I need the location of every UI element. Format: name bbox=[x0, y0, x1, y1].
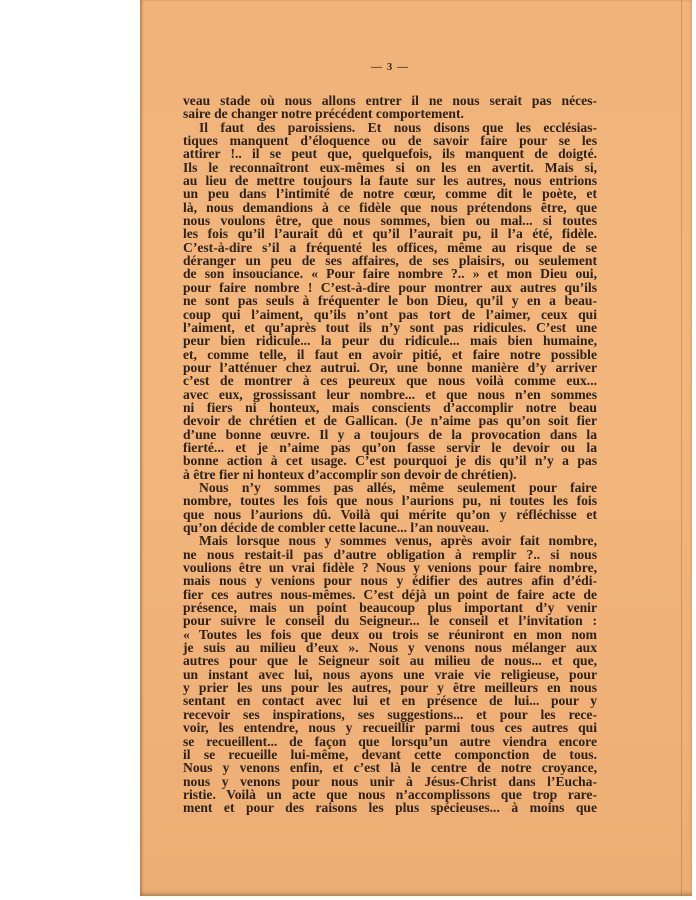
text-line: voulions être un vrai fidèle ? Nous y ve… bbox=[183, 561, 597, 574]
text-line: peur bien ridicule... la peur du ridicul… bbox=[183, 334, 597, 347]
text-line: ristie. Voilà un acte que nous n’accompl… bbox=[183, 788, 597, 801]
text-line: « Toutes les fois que deux ou trois se r… bbox=[183, 628, 597, 641]
text-line: nous y venons pour nous unir à Jésus-Chr… bbox=[183, 775, 597, 788]
text-line: nous voulons être, que nous sommes, bien… bbox=[183, 214, 597, 227]
page-number: — 3 — bbox=[365, 61, 415, 73]
text-line: devoir de chrétien et de Gallican. (Je n… bbox=[183, 414, 597, 427]
text-line: coup qui l’aiment, qu’ils n’ont pas tort… bbox=[183, 308, 597, 321]
text-line: à être fier ni honteux d’accomplir son d… bbox=[183, 468, 597, 481]
text-line: fierté... et je n’aime pas qu’on fasse s… bbox=[183, 441, 597, 454]
text-line: mais nous y venions pour nous y édifier … bbox=[183, 574, 597, 587]
text-line: autres pour que le Seigneur soit au mili… bbox=[183, 654, 597, 667]
text-line: les fois qu’il l’aurait dû et qu’il l’au… bbox=[183, 227, 597, 240]
text-line: c’est de montrer à ces peureux que nous … bbox=[183, 374, 597, 387]
text-line: et, comme telle, il faut en avoir pitié,… bbox=[183, 348, 597, 361]
text-line: avec eux, grossissant leur nombre... et … bbox=[183, 388, 597, 401]
text-line: y prier les uns pour les autres, pour y … bbox=[183, 681, 597, 694]
text-line: ne nous restait-il pas d’autre obligatio… bbox=[183, 548, 597, 561]
text-line: veau stade où nous allons entrer il ne n… bbox=[183, 94, 597, 107]
text-line: saire de changer notre précédent comport… bbox=[183, 107, 597, 120]
text-line: C’est-à-dire s’il a fréquenté les office… bbox=[183, 241, 597, 254]
text-line: recevoir ses inspirations, ses suggestio… bbox=[183, 708, 597, 721]
text-line: Nous y venons enfin, et c’est là le cent… bbox=[183, 761, 597, 774]
text-line: au lieu de mettre toujours la faute sur … bbox=[183, 174, 597, 187]
text-line: déranger un peu de ses affaires, de ses … bbox=[183, 254, 597, 267]
text-line: pour l’atténuer chez autrui. Or, une bon… bbox=[183, 361, 597, 374]
text-line: qu’on décide de combler cette lacune... … bbox=[183, 521, 597, 534]
text-line: Nous n’y sommes pas allés, même seulemen… bbox=[183, 481, 597, 494]
text-line: se recueillent... de façon que lorsqu’un… bbox=[183, 735, 597, 748]
text-line: ne sont pas seuls à fréquenter le bon Di… bbox=[183, 294, 597, 307]
text-line: un instant avec lui, nous ayons une vrai… bbox=[183, 668, 597, 681]
text-line: Mais lorsque nous y sommes venus, après … bbox=[183, 534, 597, 547]
text-line: pour suivre le conseil du Seigneur... le… bbox=[183, 614, 597, 627]
text-line: il se recueille lui-même, devant cette c… bbox=[183, 748, 597, 761]
text-line: tiques manquent d’éloquence ou de savoir… bbox=[183, 134, 597, 147]
text-line: fier ces autres nous-mêmes. C’est déjà u… bbox=[183, 588, 597, 601]
text-line: pour faire nombre ! C’est-à-dire pour mo… bbox=[183, 281, 597, 294]
text-line: attirer !.. il se peut que, quelquefois,… bbox=[183, 147, 597, 160]
text-line: bonne action à cet usage. C’est pourquoi… bbox=[183, 454, 597, 467]
text-line: je suis au milieu d’eux ». Nous y venons… bbox=[183, 641, 597, 654]
text-line: voir, les entendre, nous y recueillir pa… bbox=[183, 721, 597, 734]
text-line: que nous l’aurions dû. Voilà qui mérite … bbox=[183, 508, 597, 521]
text-line: l’aiment, et qu’après tout ils n’y sont … bbox=[183, 321, 597, 334]
text-line: là, nous demandions à ce fidèle que nous… bbox=[183, 201, 597, 214]
body-text: veau stade où nous allons entrer il ne n… bbox=[183, 94, 597, 815]
text-line: Ils le reconnaîtront eux-mêmes si on les… bbox=[183, 161, 597, 174]
text-line: nombre, toutes les fois que nous l’aurio… bbox=[183, 494, 597, 507]
text-line: ni fiers ni honteux, mais conscients d’a… bbox=[183, 401, 597, 414]
text-line: un peu dans l’intimité de notre cœur, co… bbox=[183, 187, 597, 200]
text-line: ment et pour des raisons les plus spécie… bbox=[183, 801, 597, 814]
text-line: Il faut des paroissiens. Et nous disons … bbox=[183, 121, 597, 134]
text-line: d’une bonne œuvre. Il y a toujours de la… bbox=[183, 428, 597, 441]
text-line: présence, mais un point beaucoup plus im… bbox=[183, 601, 597, 614]
text-line: sentant en contact avec lui et en présen… bbox=[183, 694, 597, 707]
text-line: de son insouciance. « Pour faire nombre … bbox=[183, 267, 597, 280]
